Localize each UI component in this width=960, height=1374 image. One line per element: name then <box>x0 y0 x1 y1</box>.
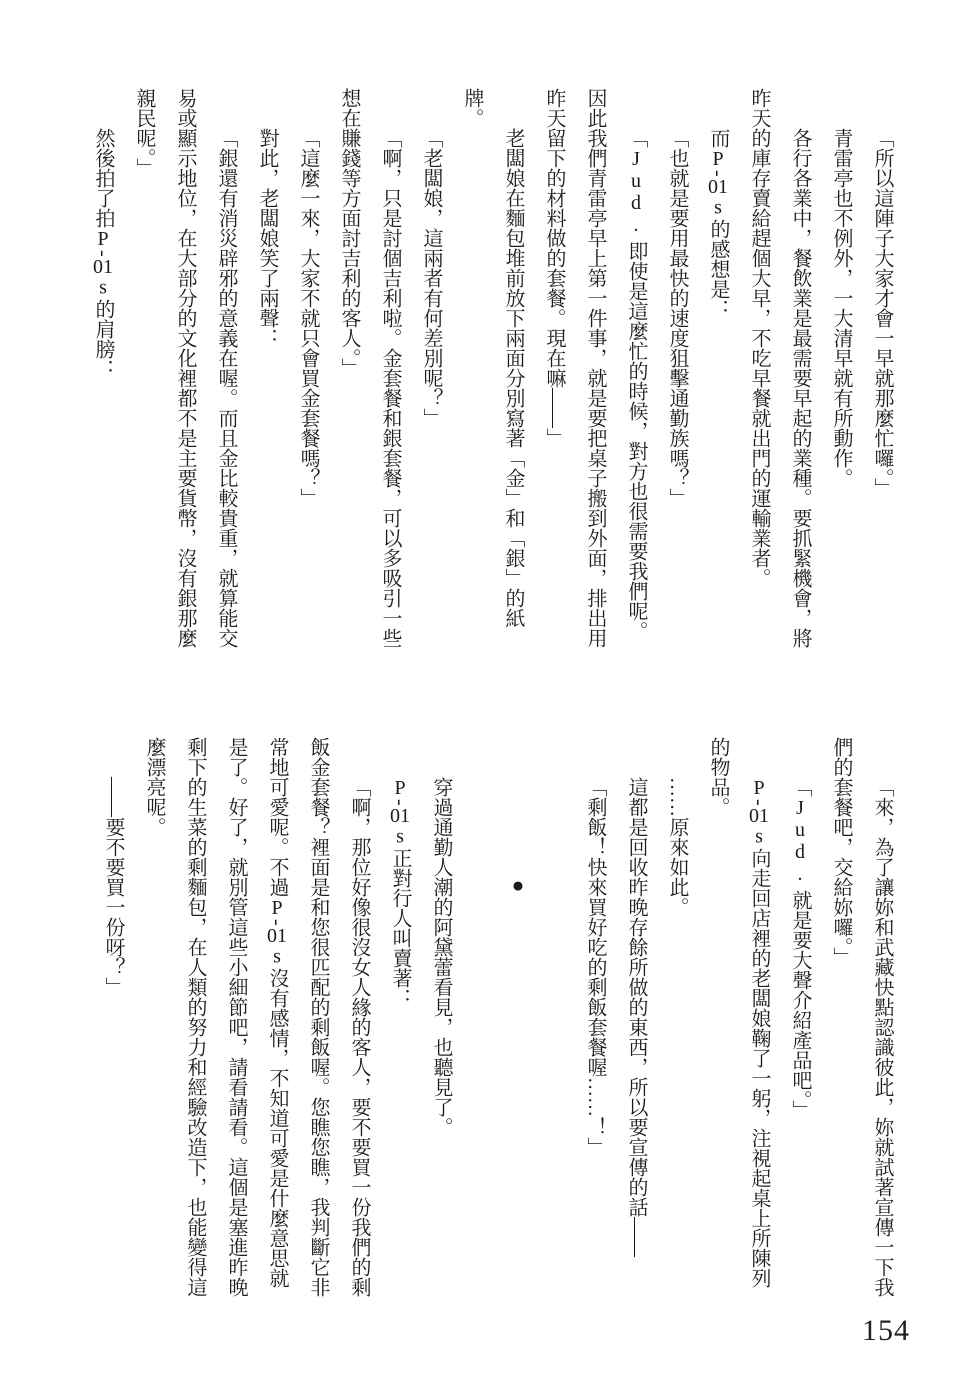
page-number: 154 <box>862 1314 910 1348</box>
paragraph: 「啊，只是討個吉利啦。金套餐和銀套餐，可以多吸引一些想在賺錢等方面討吉利的客人。… <box>328 88 410 650</box>
paragraph: 「Jud. 就是要大聲介紹產品吧。」 <box>779 737 820 1299</box>
top-text-block: 「所以這陣子大家才會一早就那麼忙囉。」 青雷亭也不例外，一大清早就有所動作。 各… <box>82 88 902 650</box>
paragraph: 對此，老闆娘笑了兩聲： <box>246 88 287 650</box>
paragraph: 青雷亭也不例外，一大清早就有所動作。 <box>820 88 861 650</box>
paragraph: 「也就是要用最快的速度狙擊通勤族嗎？」 <box>656 88 697 650</box>
paragraph: 「老闆娘，這兩者有何差別呢？」 <box>410 88 451 650</box>
paragraph: 這都是回收昨晚存餘所做的東西，所以要宣傳的話—— <box>615 737 656 1299</box>
paragraph: ——要不要買一份呀？」 <box>92 737 133 1299</box>
bottom-text-block: 「來，為了讓妳和武藏快點認識彼此，妳就試著宣傳一下我們的套餐吧，交給妳囉。」 「… <box>92 737 902 1299</box>
paragraph: 「所以這陣子大家才會一早就那麼忙囉。」 <box>861 88 902 650</box>
paragraph: 而P-01s的感想是： <box>697 88 738 650</box>
book-page: 「所以這陣子大家才會一早就那麼忙囉。」 青雷亭也不例外，一大清早就有所動作。 各… <box>0 0 960 1374</box>
paragraph: 老闆娘在麵包堆前放下兩面分別寫著「金」和「銀」的紙牌。 <box>451 88 533 650</box>
paragraph: 「Jud. 即使是這麼忙的時候，對方也很需要我們呢。因此我們青雷亭早上第一件事，… <box>533 88 656 650</box>
paragraph: 「剩飯！快來買好吃的剩飯套餐喔……！」 <box>574 737 615 1299</box>
paragraph: 「這麼一來，大家不就只會買金套餐嗎？」 <box>287 88 328 650</box>
paragraph: 各行各業中，餐飲業是最需要早起的業種。要抓緊機會，將昨天的庫存賣給趕個大早，不吃… <box>738 88 820 650</box>
paragraph: ……原來如此。 <box>656 737 697 1299</box>
paragraph: P-01s正對行人叫賣著： <box>379 737 420 1299</box>
paragraph: 「來，為了讓妳和武藏快點認識彼此，妳就試著宣傳一下我們的套餐吧，交給妳囉。」 <box>820 737 902 1299</box>
paragraph: 「啊，那位好像很沒女人緣的客人，要不要買一份我們的剩飯金套餐？裡面是和您很匹配的… <box>133 737 379 1299</box>
paragraph: 穿過通勤人潮的阿黛蕾看見，也聽見了。 <box>420 737 461 1299</box>
section-separator-bullet: ● <box>497 737 538 1299</box>
paragraph: 「銀還有消災辟邪的意義在喔。而且金比較貴重，就算能交易或顯示地位，在大部分的文化… <box>123 88 246 650</box>
paragraph: 然後拍了拍P-01s的肩膀： <box>82 88 123 650</box>
paragraph: P-01s向走回店裡的老闆娘鞠了一躬，注視起桌上所陳列的物品。 <box>697 737 779 1299</box>
